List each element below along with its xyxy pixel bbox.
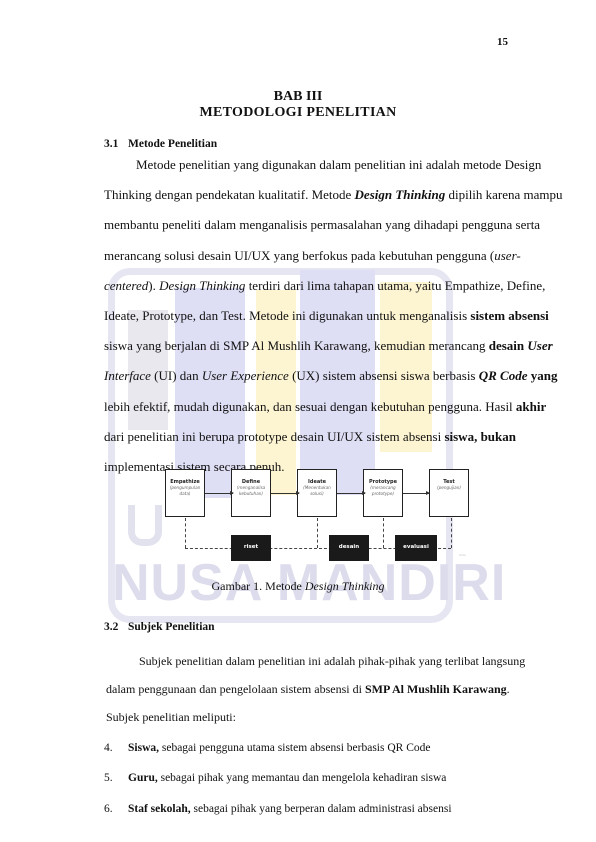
- text-run: terdiri dari lima tahapan utama, yaitu E…: [245, 278, 545, 293]
- chapter-title: METODOLOGI PENELITIAN: [0, 105, 596, 121]
- diagram-credit: miro: [459, 553, 466, 557]
- arrow-icon: [337, 493, 365, 494]
- intro-text: dalam penggunaan dan pengelolaan sistem …: [106, 682, 365, 696]
- text-run: Interface: [104, 368, 151, 383]
- tag-evaluasi: evaluasi: [395, 535, 437, 561]
- tag-riset: riset: [231, 535, 271, 561]
- list-description: sebagai pengguna utama sistem absensi be…: [159, 742, 430, 754]
- section-title: Metode Penelitian: [128, 138, 217, 150]
- feedback-line: [451, 518, 452, 548]
- text-run: yang: [528, 368, 558, 383]
- text-run: sistem absensi: [470, 308, 548, 323]
- stage-subtitle: (menganalisa kebutuhan): [232, 485, 270, 496]
- paragraph-line: Interface (UI) dan User Experience (UX) …: [104, 368, 506, 384]
- text-run: QR Code: [479, 368, 528, 383]
- text-run: (UX) sistem absensi siswa berbasis: [289, 368, 479, 383]
- section-number: 3.2: [104, 621, 128, 633]
- list-subject: Guru,: [128, 772, 158, 784]
- text-run: User: [527, 338, 552, 353]
- subjek-intro-line-1: Subjek penelitian dalam penelitian ini a…: [139, 653, 525, 669]
- text-run: siswa yang berjalan di SMP Al Mushlih Ka…: [104, 338, 489, 353]
- stage-subtitle: (pengumpulan data): [166, 485, 204, 496]
- list-number: 6.: [104, 803, 128, 815]
- arrow-icon: [205, 493, 233, 494]
- feedback-line: [383, 518, 384, 548]
- paragraph-line: Metode penelitian yang digunakan dalam p…: [136, 157, 506, 173]
- stage-ideate: Ideate(Menentukan solusi): [297, 469, 337, 517]
- stage-subtitle: (merancang prototype): [364, 485, 402, 496]
- stage-subtitle: (pengujian): [430, 485, 468, 491]
- school-name: SMP Al Mushlih Karawang: [365, 682, 507, 696]
- text-run: user-: [494, 248, 520, 263]
- page-number: 15: [497, 36, 508, 48]
- caption-italic: Design Thinking: [305, 579, 385, 593]
- list-number: 5.: [104, 772, 128, 784]
- section-number: 3.1: [104, 138, 128, 150]
- text-run: dari penelitian ini berupa prototype des…: [104, 429, 444, 444]
- text-run: Metode penelitian yang digunakan dalam p…: [136, 157, 541, 172]
- chapter-label: BAB III: [0, 89, 596, 105]
- text-run: siswa, bukan: [444, 429, 516, 444]
- caption-text: Gambar 1. Metode: [212, 579, 305, 593]
- section-heading-3-1: 3.1Metode Penelitian: [104, 138, 217, 150]
- text-run: dipilih karena mampu: [445, 187, 562, 202]
- text-run: desain: [489, 338, 528, 353]
- list-description: sebagai pihak yang berperan dalam admini…: [191, 803, 452, 815]
- design-thinking-diagram: Empathize(pengumpulan data)Define(mengan…: [163, 466, 473, 566]
- paragraph-line: merancang solusi desain UI/UX yang berfo…: [104, 248, 506, 264]
- text-run: Ideate, Prototype, dan Test. Metode ini …: [104, 308, 470, 323]
- figure-caption: Gambar 1. Metode Design Thinking: [0, 579, 596, 594]
- section-heading-3-2: 3.2Subjek Penelitian: [104, 621, 215, 633]
- stage-subtitle: (Menentukan solusi): [298, 485, 336, 496]
- text-run: Design Thinking: [159, 278, 245, 293]
- text-run: Thinking dengan pendekatan kualitatif. M…: [104, 187, 355, 202]
- paragraph-line: Ideate, Prototype, dan Test. Metode ini …: [104, 308, 506, 324]
- stage-define: Define(menganalisa kebutuhan): [231, 469, 271, 517]
- list-subject: Staf sekolah,: [128, 803, 191, 815]
- paragraph-line: Thinking dengan pendekatan kualitatif. M…: [104, 187, 506, 203]
- text-run: membantu peneliti dalam menganalisis per…: [104, 217, 540, 232]
- text-run: (UI) dan: [151, 368, 202, 383]
- paragraph-line: centered). Design Thinking terdiri dari …: [104, 278, 506, 294]
- document-page: 15 BAB III METODOLOGI PENELITIAN 3.1Meto…: [0, 0, 596, 842]
- stage-prototype: Prototype(merancang prototype): [363, 469, 403, 517]
- stage-test: Test(pengujian): [429, 469, 469, 517]
- feedback-line: [185, 518, 186, 548]
- subjek-intro-line-2: dalam penggunaan dan pengelolaan sistem …: [106, 681, 510, 697]
- arrow-icon: [403, 493, 429, 494]
- text-run: centered: [104, 278, 148, 293]
- list-item: 6.Staf sekolah, sebagai pihak yang berpe…: [104, 803, 452, 815]
- text-run: ).: [148, 278, 159, 293]
- section-title: Subjek Penelitian: [128, 621, 215, 633]
- text-run: akhir: [516, 399, 546, 414]
- subjek-intro-line-3: Subjek penelitian meliputi:: [106, 709, 236, 725]
- text-run: lebih efektif, mudah digunakan, dan sesu…: [104, 399, 516, 414]
- paragraph-line: lebih efektif, mudah digunakan, dan sesu…: [104, 399, 506, 415]
- paragraph-line: dari penelitian ini berupa prototype des…: [104, 429, 506, 445]
- text-run: User Experience: [202, 368, 289, 383]
- stage-empathize: Empathize(pengumpulan data): [165, 469, 205, 517]
- intro-suffix: .: [507, 682, 510, 696]
- arrow-icon: [271, 493, 299, 494]
- list-description: sebagai pihak yang memantau dan mengelol…: [158, 772, 447, 784]
- text-run: Design Thinking: [355, 187, 446, 202]
- tag-desain: desain: [329, 535, 369, 561]
- list-item: 5.Guru, sebagai pihak yang memantau dan …: [104, 772, 446, 784]
- feedback-line: [317, 518, 318, 548]
- list-number: 4.: [104, 742, 128, 754]
- text-run: merancang solusi desain UI/UX yang berfo…: [104, 248, 494, 263]
- list-subject: Siswa,: [128, 742, 159, 754]
- paragraph-line: siswa yang berjalan di SMP Al Mushlih Ka…: [104, 338, 506, 354]
- paragraph-line: membantu peneliti dalam menganalisis per…: [104, 217, 506, 233]
- list-item: 4.Siswa, sebagai pengguna utama sistem a…: [104, 742, 430, 754]
